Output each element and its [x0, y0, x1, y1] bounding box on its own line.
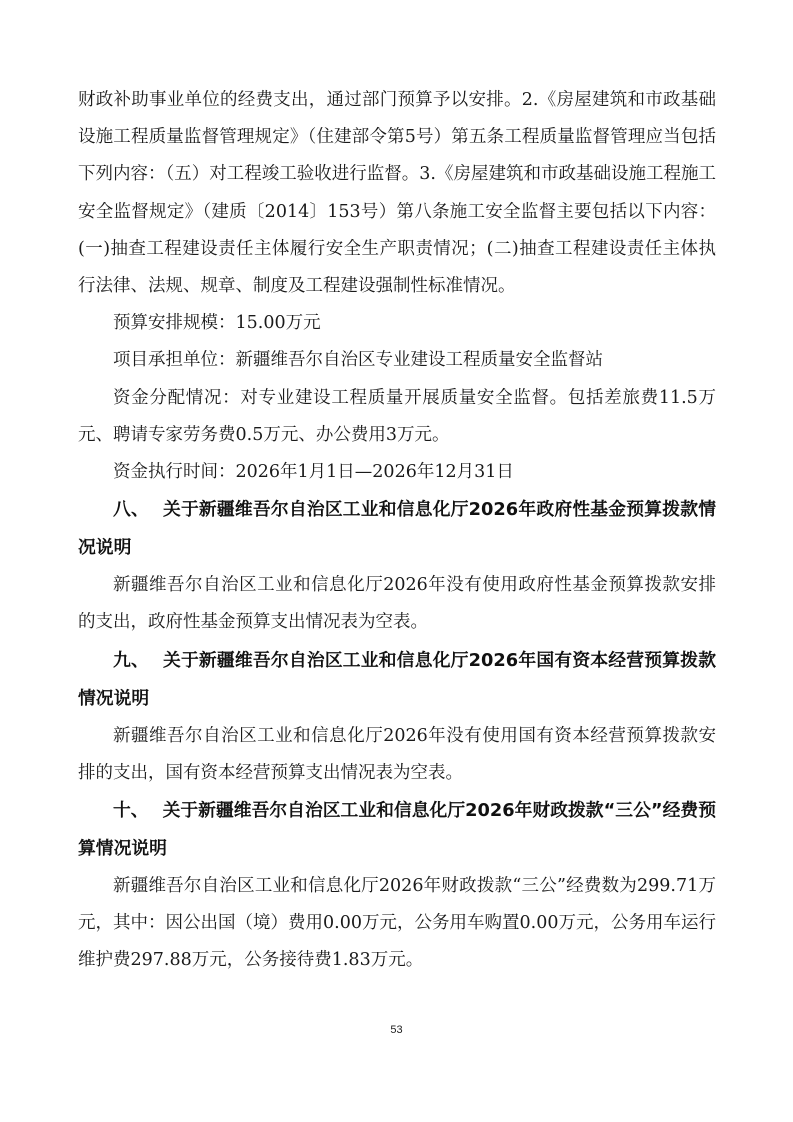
section-body-10: 新疆维吾尔自治区工业和信息化厅2026年财政拨款“三公”经费数为299.71万元…	[78, 868, 716, 980]
paragraph-execution-time: 资金执行时间：2026年1月1日—2026年12月31日	[78, 454, 716, 491]
paragraph-fund-allocation: 资金分配情况：对专业建设工程质量开展质量安全监督。包括差旅费11.5万元、聘请专…	[78, 380, 716, 454]
paragraph-continuation: 财政补助事业单位的经费支出，通过部门预算予以安排。2.《房屋建筑和市政基础设施工…	[78, 82, 716, 305]
document-page: 财政补助事业单位的经费支出，通过部门预算予以安排。2.《房屋建筑和市政基础设施工…	[78, 82, 716, 980]
section-title: 关于新疆维吾尔自治区工业和信息化厅2026年财政拨款“三公”经费预算情况说明	[78, 800, 716, 859]
section-heading-10: 十、关于新疆维吾尔自治区工业和信息化厅2026年财政拨款“三公”经费预算情况说明	[78, 792, 716, 868]
section-body-8: 新疆维吾尔自治区工业和信息化厅2026年没有使用政府性基金预算拨款安排的支出，政…	[78, 567, 716, 641]
section-number: 八、	[113, 499, 149, 520]
section-heading-8: 八、关于新疆维吾尔自治区工业和信息化厅2026年政府性基金预算拨款情况说明	[78, 491, 716, 567]
section-body-9: 新疆维吾尔自治区工业和信息化厅2026年没有使用国有资本经营预算拨款安排的支出，…	[78, 718, 716, 792]
section-heading-9: 九、关于新疆维吾尔自治区工业和信息化厅2026年国有资本经营预算拨款情况说明	[78, 642, 716, 718]
paragraph-undertaking-unit: 项目承担单位：新疆维吾尔自治区专业建设工程质量安全监督站	[78, 342, 716, 379]
section-title: 关于新疆维吾尔自治区工业和信息化厅2026年政府性基金预算拨款情况说明	[78, 499, 716, 558]
section-number: 九、	[113, 650, 149, 671]
paragraph-budget-scale: 预算安排规模：15.00万元	[78, 305, 716, 342]
section-title: 关于新疆维吾尔自治区工业和信息化厅2026年国有资本经营预算拨款情况说明	[78, 650, 716, 709]
section-number: 十、	[113, 800, 149, 821]
page-number: 53	[0, 1024, 793, 1036]
